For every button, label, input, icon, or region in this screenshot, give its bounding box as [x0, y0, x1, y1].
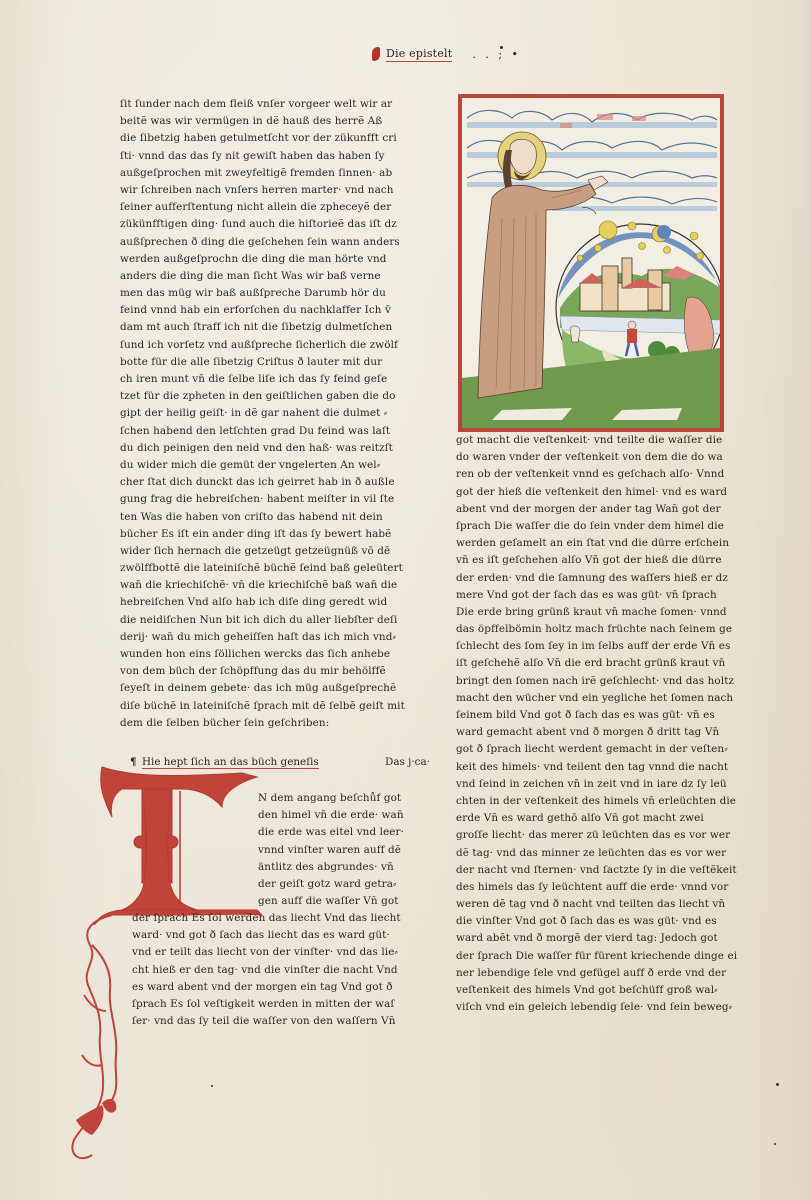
text-line: cher ſtat dich dunckt das ich geirret ha…	[120, 474, 410, 491]
text-line: mere Vnd got der ſach das es was güt· vn…	[456, 587, 741, 604]
text-line: weren dẽ tag vnd ð nacht vnd teilten das…	[456, 896, 741, 913]
text-line: anders die ding die man ſicht Was wir ba…	[120, 268, 410, 285]
text-line: veſtenkeit des himels Vnd got beſchüff g…	[456, 982, 741, 999]
text-line: ren ob der veſtenkeit vnnd es geſchach a…	[456, 466, 741, 483]
text-line: der geiſt gotz ward getra⸗	[258, 876, 428, 893]
text-line: Die erde bring grünß kraut vn̄ mache ſom…	[456, 604, 741, 621]
text-line: ward gemacht abent vnd ð morgen ð dritt …	[456, 724, 741, 741]
chapter-number: Das j·ca·	[385, 756, 430, 768]
text-line: beitẽ was wir vermügen in dẽ hauß des he…	[120, 113, 410, 130]
text-line: dam mt auch ſtraff ich nit die ſibetzig …	[120, 319, 410, 336]
text-line: von dem büch der ſchöpffung das du mir b…	[120, 663, 410, 680]
creation-woodcut-illustration	[458, 94, 724, 432]
running-head-title: Die epistelt	[386, 47, 452, 62]
text-line: hebreiſchen Vnd alſo hab ich diſe ding g…	[120, 594, 410, 611]
text-line: wir ſchreiben nach vnſers herren marter·…	[120, 182, 410, 199]
text-line: botte für die alle ſibetzig Criſtus ð la…	[120, 354, 410, 371]
text-line: men das müg wir baß außſpreche Darumb hö…	[120, 285, 410, 302]
text-line: den himel vn̄ die erde· wan̄	[258, 807, 428, 824]
text-line: ſeyeſt in deinem gebete· das ich müg auß…	[120, 680, 410, 697]
manuscript-page: Die epistelt . . ; • ſit ſunder nach dem…	[0, 0, 811, 1200]
left-column-top-text: ſit ſunder nach dem fleiß vnſer vorgeer …	[120, 96, 410, 732]
text-line: die vinſter Vnd got ð ſach das es was gü…	[456, 913, 741, 930]
text-line: zükünfftigen ding· ſund auch die hiſtori…	[120, 216, 410, 233]
initial-paragraph-text: N dem angang beſchůf gotden himel vn̄ di…	[258, 790, 428, 910]
left-column-bottom-text: der ſprach Es ſol werden das liecht Vnd …	[132, 910, 432, 1030]
text-line: du dich peinigen den neid vnd den haß· w…	[120, 440, 410, 457]
running-head-marks: . . ; •	[472, 48, 521, 61]
text-line: werden geſamelt an ein ſtat vnd die dürr…	[456, 535, 741, 552]
text-line: iſt geſchehẽ alſo Vn̄ die erd bracht grü…	[456, 655, 741, 672]
text-line: außſprechen ð ding die geſchehen ſein wa…	[120, 234, 410, 251]
text-line: erde Vn̄ es ward gethō alſo Vn̄ got mach…	[456, 810, 741, 827]
text-line: ſund ich vorſetz vnd außſpreche ſicherli…	[120, 337, 410, 354]
text-line: do waren vnder der veſtenkeit von dem di…	[456, 449, 741, 466]
text-line: das öpffelbömin holtz mach früchte nach …	[456, 621, 741, 638]
text-line: außgeſprochen mit zweyfeltigẽ fremden ſi…	[120, 165, 410, 182]
text-line: ward abẽt vnd ð morgẽ der vierd tag: Jed…	[456, 930, 741, 947]
text-line: bücher Es iſt ein ander ding iſt das ſy …	[120, 526, 410, 543]
text-line: derij· wan̄ du mich geheiſſen haſt das i…	[120, 629, 410, 646]
ink-speck	[774, 1143, 776, 1145]
text-line: die ſibetzig haben getulmetſcht vor der …	[120, 130, 410, 147]
text-line: zwölffbottẽ die lateiniſchẽ büchẽ ſeind …	[120, 560, 410, 577]
ink-speck	[776, 1083, 779, 1086]
text-line: ſti· vnnd das das ſy nit gewiſt haben da…	[120, 148, 410, 165]
running-head: Die epistelt . . ; •	[372, 44, 521, 64]
text-line: bringt den ſomen nach irẽ geſchlecht· vn…	[456, 673, 741, 690]
text-line: ch iren munt vn̄ die ſelbe liſe ich das …	[120, 371, 410, 388]
text-line: vn̄ es iſt geſchehen alſo Vn̄ got der hi…	[456, 552, 741, 569]
text-line: wider ſich hernach die getzeügt getzeügn…	[120, 543, 410, 560]
text-line: got macht die veſtenkeit· vnd teilte die…	[456, 432, 741, 449]
text-line: keit des himels· vnd teilent den tag vnn…	[456, 759, 741, 776]
text-line: tzet für die zpheten in den geiſtlichen …	[120, 388, 410, 405]
text-line: ſchlecht des ſom ſey in im ſelbs auff de…	[456, 638, 741, 655]
text-line: ſchen habend den letſchten grad Du feind…	[120, 423, 410, 440]
text-line: wan̄ die kriechiſchẽ· vn̄ die kriechiſch…	[120, 577, 410, 594]
text-line: dem die ſelben bücher ſein geſchriben:	[120, 715, 410, 732]
text-line: der ſprach Die waſſer für fürent krieche…	[456, 948, 741, 965]
ink-speck	[500, 46, 503, 49]
text-line: ſprach Die waſſer die do ſein vnder dem …	[456, 518, 741, 535]
text-line: gen auff die waſſer Vn̄ got	[258, 893, 428, 910]
text-line: du wider mich die gemüt der vngelerten A…	[120, 457, 410, 474]
text-line: es ward abent vnd der morgen ein tag Vnd…	[132, 979, 432, 996]
text-line: groſſe liecht· das merer zü leüchten das…	[456, 827, 741, 844]
text-line: got ð ſprach liecht werdent gemacht in d…	[456, 741, 741, 758]
text-line: äntlitz des abgrundes· vn̄	[258, 859, 428, 876]
text-line: ſit ſunder nach dem fleiß vnſer vorgeer …	[120, 96, 410, 113]
text-line: ner lebendige ſele vnd gefügel auff ð er…	[456, 965, 741, 982]
text-line: ſer· vnd das ſy teil die waſſer von den …	[132, 1013, 432, 1030]
text-line: abent vnd der morgen der ander tag Wan̄ …	[456, 501, 741, 518]
text-line: macht den wücher vnd ein yegliche het ſo…	[456, 690, 741, 707]
text-line: ſeinem bild Vnd got ð ſach das es was gü…	[456, 707, 741, 724]
text-line: diſe büchẽ in lateiniſchẽ ſprach mit dẽ …	[120, 698, 410, 715]
text-line: cht hieß er den tag· vnd die vinſter die…	[132, 962, 432, 979]
text-line: des himels das ſy leüchtent auff die erd…	[456, 879, 741, 896]
text-line: der nacht vnd ſternen· vnd ſactzte ſy in…	[456, 862, 741, 879]
text-line: gipt der heilig geiſt· in dẽ gar nahent …	[120, 405, 410, 422]
text-line: werden außgeſprochn die ding die man hör…	[120, 251, 410, 268]
text-line: der erden· vnd die ſamnung des waſſers h…	[456, 570, 741, 587]
text-line: ten Was die haben von criſto das habend …	[120, 509, 410, 526]
text-line: vnnd vinſter waren auff dẽ	[258, 842, 428, 859]
text-line: vnd er teilt das liecht von der vinſter·…	[132, 944, 432, 961]
text-line: ſprach Es ſol veſtigkeit werden in mitte…	[132, 996, 432, 1013]
text-line: die neidiſchen Nun bit ich dich du aller…	[120, 612, 410, 629]
right-column-text: got macht die veſtenkeit· vnd teilte die…	[456, 432, 741, 1016]
text-line: der ſprach Es ſol werden das liecht Vnd …	[132, 910, 432, 927]
text-line: die erde was eitel vnd leer·	[258, 824, 428, 841]
text-line: viſch vnd ein geleich lebendig ſele· vnd…	[456, 999, 741, 1016]
text-line: dẽ tag· vnd das minner ze leüchten das e…	[456, 845, 741, 862]
text-line: chten in der veſtenkeit des himels vn̄ e…	[456, 793, 741, 810]
text-line: got der hieß die veſtenkeit den himel· v…	[456, 484, 741, 501]
text-line: gung frag die hebreiſchen· habent meiſte…	[120, 491, 410, 508]
text-line: feind vnnd hab ein erforſchen du nachkla…	[120, 302, 410, 319]
text-line: ſeiner aufferſtentung nicht allein die z…	[120, 199, 410, 216]
ink-speck	[211, 1085, 213, 1087]
text-line: ward· vnd got ð ſach das liecht das es w…	[132, 927, 432, 944]
rubric-pilcrow-icon	[372, 47, 380, 61]
text-line: vnd ſeind in zeichen vn̄ in zeit vnd in …	[456, 776, 741, 793]
text-line: N dem angang beſchůf got	[258, 790, 428, 807]
text-line: wunden hon eins ſöllichen wercks das ſic…	[120, 646, 410, 663]
